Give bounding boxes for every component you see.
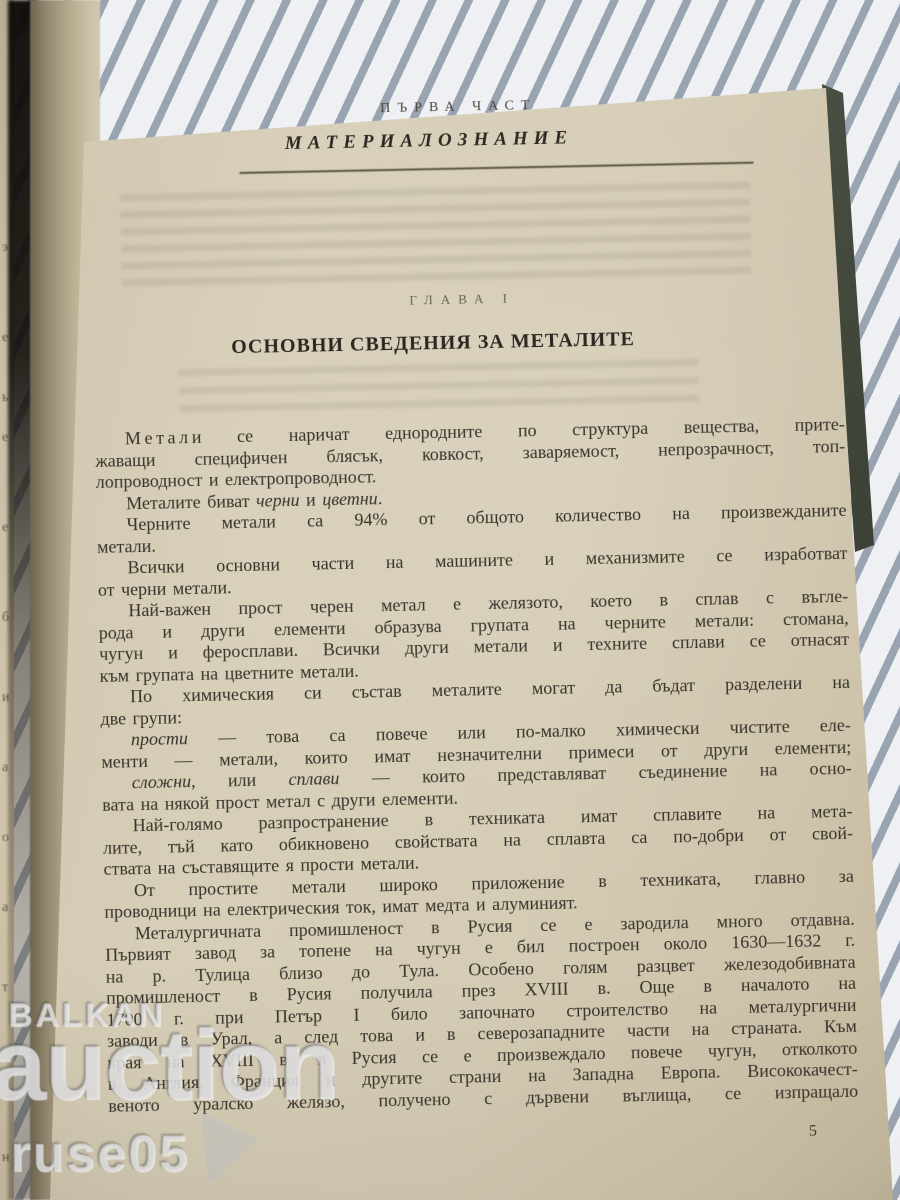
header-rule xyxy=(240,162,754,174)
chapter-title: ОСНОВНИ СВЕДЕНИЯ ЗА МЕТАЛИТЕ xyxy=(93,325,773,362)
body-text: М е т а л и се наричат еднородните по ст… xyxy=(95,414,859,1117)
text-segment: Металите биват xyxy=(126,490,256,513)
text-segment: и xyxy=(299,489,322,509)
italic-term: сплави xyxy=(288,768,339,789)
text-segment: или xyxy=(195,769,288,791)
text-segment: метали. xyxy=(97,535,156,556)
italic-term: прости xyxy=(131,728,188,749)
page-number: 5 xyxy=(809,1123,817,1141)
text-segment: две групи: xyxy=(100,707,182,729)
italic-term: цветни xyxy=(322,488,378,509)
printed-page-content: ПЪРВА ЧАСТ МАТЕРИАЛОЗНАНИЕ ГЛАВА I ОСНОВ… xyxy=(88,80,860,1195)
text-segment: от черни метали. xyxy=(98,577,232,600)
subject-title: МАТЕРИАЛОЗНАНИЕ xyxy=(89,123,769,159)
italic-term: сложни, xyxy=(132,771,196,792)
text-segment: . xyxy=(378,488,383,508)
chapter-label: ГЛАВА I xyxy=(92,284,832,315)
show-through-text xyxy=(120,182,752,291)
italic-term: черни xyxy=(256,489,300,510)
show-through-text xyxy=(179,359,700,421)
part-label: ПЪРВА ЧАСТ xyxy=(88,92,828,123)
book-photo: эеьеебиаоатин ПЪРВА ЧАСТ МАТЕРИАЛОЗНАНИЕ… xyxy=(0,0,900,1200)
